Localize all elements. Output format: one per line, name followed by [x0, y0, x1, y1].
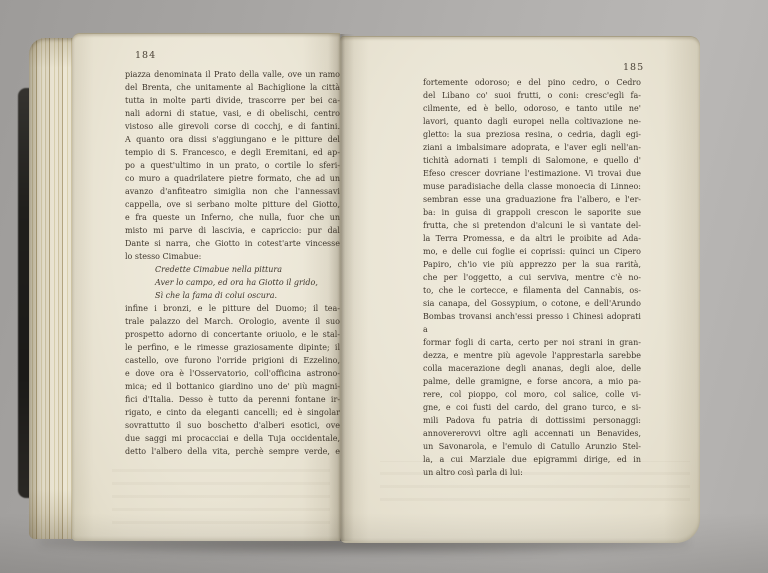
text-line: cappella, ove si serbano molte pitture d…	[125, 198, 340, 211]
text-line: fortemente odoroso; e del pino cedro, o …	[423, 76, 641, 89]
text-line: Efeso crescer dovriane l'estimazione. Vi…	[423, 167, 641, 180]
text-line: mica; ed il bottanico giardino uno de' p…	[125, 380, 340, 393]
text-line: Sì che la fama di colui oscura.	[155, 289, 340, 302]
text-line: fici d'Italia. Desso è tutto da perenni …	[125, 393, 340, 406]
text-line: del Brenta, che unitamente al Bachiglion…	[125, 81, 340, 94]
text-line: vistoso alle girevoli corse di cocchj, e…	[125, 120, 340, 133]
text-line: to, che le cortecce, e filamenta del Can…	[423, 284, 641, 297]
text-line: A quanto ora dissi s'aggiungano e le pit…	[125, 133, 340, 146]
right-page-text: fortemente odoroso; e del pino cedro, o …	[423, 76, 641, 479]
text-line: sembran esse una graduazione fra l'alber…	[423, 193, 641, 206]
text-line: colla macerazione degli ananas, degli al…	[423, 362, 641, 375]
text-line: sia canapa, del Gossypium, o cotone, e d…	[423, 297, 641, 310]
text-line: che per l'oggetto, a cui serviva, mentre…	[423, 271, 641, 284]
text-line: piazza denominata il Prato della valle, …	[125, 68, 340, 81]
page-showthrough	[112, 464, 330, 524]
text-line: tempio di S. Francesco, e degli Eremitan…	[125, 146, 340, 159]
text-line: avanzo d'anfiteatro simiglia non che l'a…	[125, 185, 340, 198]
text-line: Bombas trovansi anch'essi presso i Chine…	[423, 310, 641, 336]
text-line: Dante si narra, che Giotto in cotest'art…	[125, 237, 340, 250]
right-paragraph: fortemente odoroso; e del pino cedro, o …	[423, 76, 641, 479]
text-line: po a quest'ultimo in un prato, o cortile…	[125, 159, 340, 172]
book-photo: 184 piazza denominata il Prato della val…	[0, 0, 768, 573]
left-page-text: piazza denominata il Prato della valle, …	[125, 68, 340, 458]
text-line: formar fogli di carta, certo per noi str…	[423, 336, 641, 349]
text-line: gletto: la sua preziosa resina, o cedria…	[423, 128, 641, 141]
text-line: infine i bronzi, e le pitture del Duomo;…	[125, 302, 340, 315]
text-line: tutta in molte parti divide, trascorre p…	[125, 94, 340, 107]
text-line: rere, col pioppo, col moro, col salice, …	[423, 388, 641, 401]
text-line: frutta, che si pretendon d'alcuni le sì …	[423, 219, 641, 232]
text-line: sovrattutto il suo boschetto d'alberi es…	[125, 419, 340, 432]
text-line: prospetto adorno di concertante oriuolo,…	[125, 328, 340, 341]
text-line: ba: in guisa di grappoli crescon le sapo…	[423, 206, 641, 219]
text-line: co muro a quadrilatere pietre formato, c…	[125, 172, 340, 185]
left-paragraph-1: piazza denominata il Prato della valle, …	[125, 68, 340, 263]
text-line: rigato, e cinto da eleganti cancelli; ed…	[125, 406, 340, 419]
stacked-page-edges	[29, 38, 77, 539]
text-line: gne, e coi fusti del cardo, del grano tu…	[423, 401, 641, 414]
text-line: mili Padova fu patria di dottissimi pers…	[423, 414, 641, 427]
text-line: le perfino, e le rimesse graziosamente d…	[125, 341, 340, 354]
text-line: la, a cui Marziale due epigrammi dirige,…	[423, 453, 641, 466]
right-page-number: 185	[623, 62, 644, 73]
text-line: Aver lo campo, ed ora ha Giotto il grido…	[155, 276, 340, 289]
text-line: ziani a imbalsimare adoprata, e l'aver e…	[423, 141, 641, 154]
text-line: del Libano co' suoi frutti, o coni: cres…	[423, 89, 641, 102]
text-line: castello, ove furono l'orride prigioni d…	[125, 354, 340, 367]
left-page: 184 piazza denominata il Prato della val…	[72, 33, 340, 541]
text-line: un altro così parla di lui:	[423, 466, 641, 479]
text-line: nali adorni di statue, vasi, e di obelis…	[125, 107, 340, 120]
text-line: e dove ora è l'Osservatorio, coll'offici…	[125, 367, 340, 380]
text-line: misto mi parve di lascivia, e capriccio:…	[125, 224, 340, 237]
text-line: lavori, quanto dagli europei nella colti…	[423, 115, 641, 128]
text-line: muse paradisiache della classe monoecia …	[423, 180, 641, 193]
text-line: un Savonarola, e l'emulo di Catullo Arun…	[423, 440, 641, 453]
verse-quote: Credette Cimabue nella pitturaAver lo ca…	[125, 263, 340, 302]
text-line: la Terra Promessa, e da altri le proibit…	[423, 232, 641, 245]
text-line: detto l'albero della vita, perchè sempre…	[125, 445, 340, 458]
text-line: trale palazzo del March. Orologio, avent…	[125, 315, 340, 328]
text-line: annovererovvi oltre agli accennati un Be…	[423, 427, 641, 440]
text-line: lo stesso Cimabue:	[125, 250, 340, 263]
text-line: tichità adornati i templi di Salomone, e…	[423, 154, 641, 167]
text-line: Credette Cimabue nella pittura	[155, 263, 340, 276]
text-line: palme, delle gramigne, e forse ancora, a…	[423, 375, 641, 388]
left-paragraph-2: infine i bronzi, e le pitture del Duomo;…	[125, 302, 340, 458]
text-line: mo, e delle cui foglie ei coprissi: quin…	[423, 245, 641, 258]
text-line: e fra queste un Inferno, che nulla, fuor…	[125, 211, 340, 224]
text-line: due saggi mi procacciai e della Tuja occ…	[125, 432, 340, 445]
text-line: cilmente, ed è bello, odoroso, e tanto u…	[423, 102, 641, 115]
right-page: 185 fortemente odoroso; e del pino cedro…	[340, 36, 700, 543]
left-page-number: 184	[135, 50, 156, 61]
text-line: dezza, e mentre più agevole l'apprestarl…	[423, 349, 641, 362]
text-line: Papiro, ch'io vie più apprezzo per la su…	[423, 258, 641, 271]
